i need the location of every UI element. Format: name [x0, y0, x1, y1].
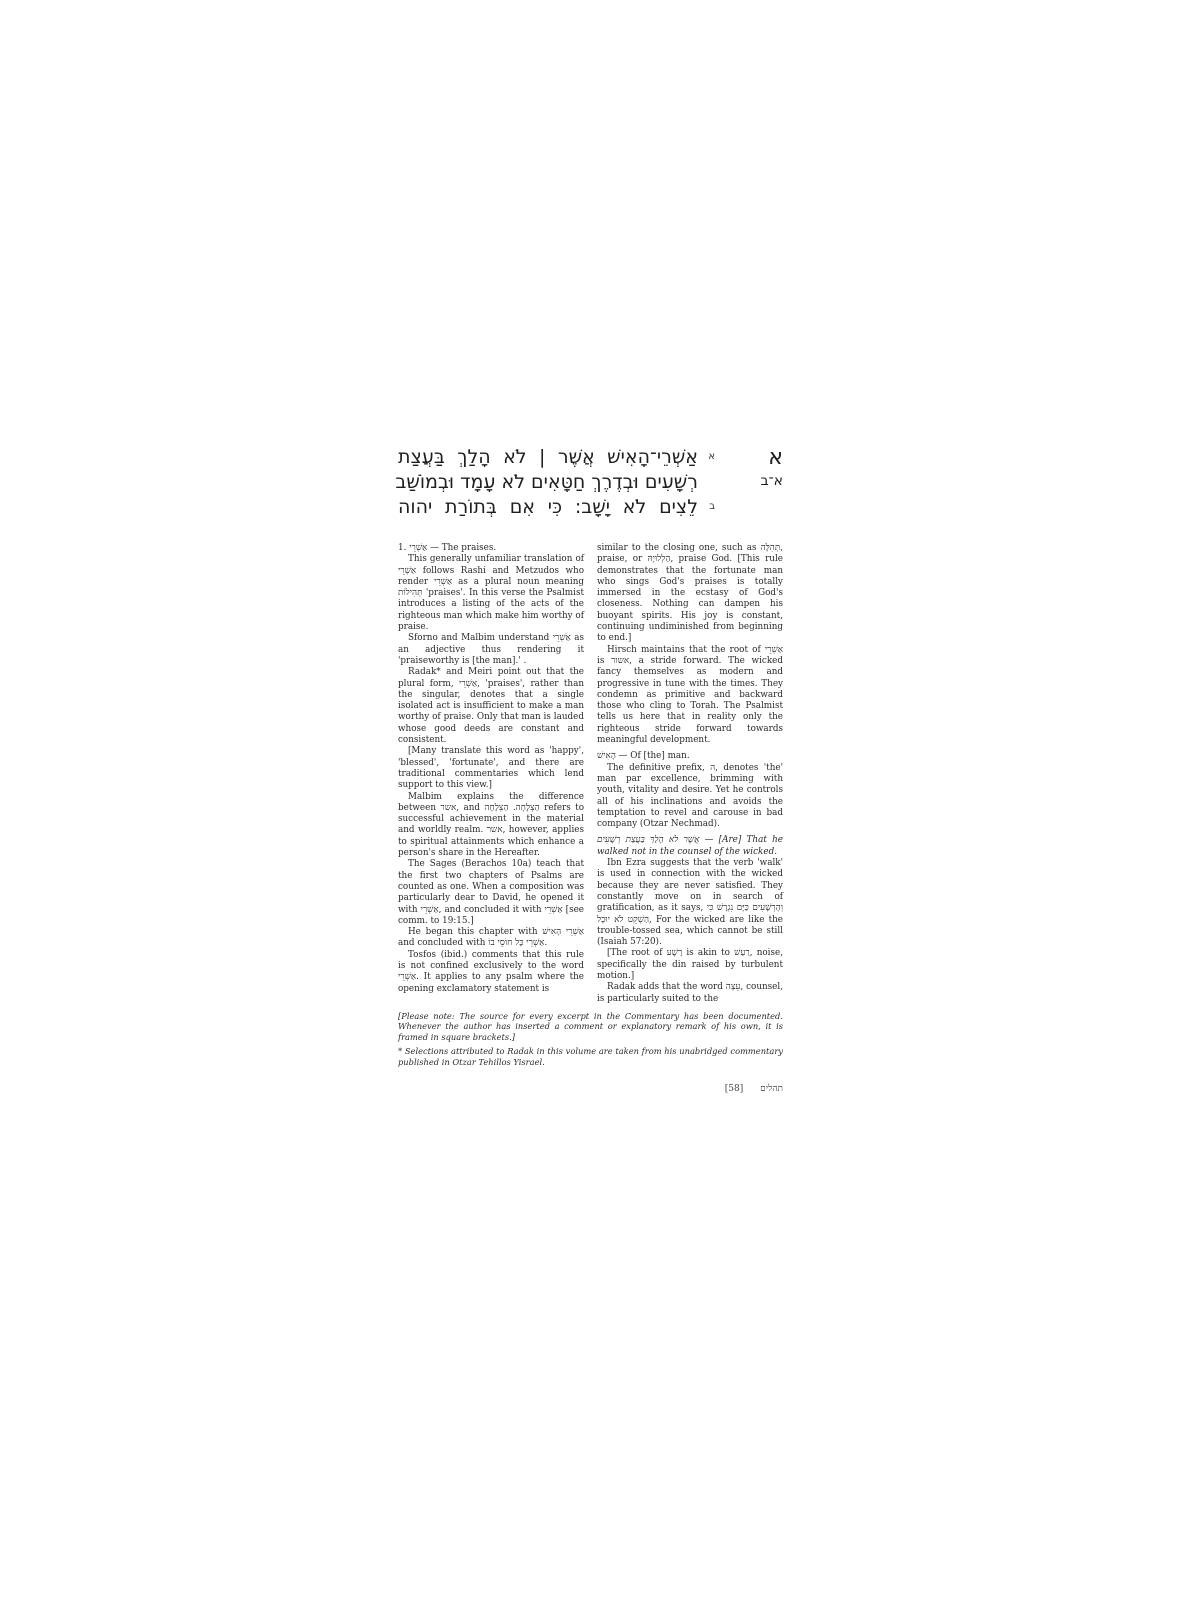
commentary-paragraph: similar to the closing one, such as תְּה…: [597, 543, 783, 645]
commentary-paragraph: Radak adds that the word עֵצָה, counsel,…: [597, 982, 783, 1005]
commentary-heading: הָאִישׁ — Of [the] man.: [597, 751, 783, 762]
commentary-heading: 1. אַשְׁרֵי — The praises.: [398, 543, 584, 554]
right-column: similar to the closing one, such as תְּה…: [597, 543, 783, 1005]
running-title: תהלים: [760, 1084, 783, 1094]
commentary-paragraph: Malbim explains the difference between א…: [398, 792, 584, 860]
page-footer: תהלים [58]: [398, 1083, 783, 1094]
commentary-paragraph: Hirsch maintains that the root of אַשְׁר…: [597, 645, 783, 747]
commentary-paragraph: The Sages (Berachos 10a) teach that the …: [398, 859, 584, 927]
commentary-paragraph: [Many translate this word as 'happy', 'b…: [398, 746, 584, 791]
radak-footnote: * Selections attributed to Radak in this…: [398, 1046, 783, 1067]
hebrew-line-3: לֵצִים לֹא יָשָׁב: כִּי אִם בְּתוֹרַת יה…: [398, 495, 698, 520]
commentary-paragraph: [The root of רָשָׁע is akin to רַעַשׁ, n…: [597, 948, 783, 982]
commentary-paragraph: Tosfos (ibid.) comments that this rule i…: [398, 950, 584, 995]
commentary-columns: 1. אַשְׁרֵי — The praises. This generall…: [398, 543, 783, 1005]
commentary-paragraph: He began this chapter with אַשְׁרֵי הָאִ…: [398, 927, 584, 950]
page-number: [58]: [725, 1084, 743, 1094]
verse-block: א א־ב א ב אַשְׁרֵי־הָאִישׁ אֲשֶׁר | לֹא …: [398, 445, 783, 525]
verse-marker-1: א: [708, 451, 715, 462]
commentary-paragraph: Ibn Ezra suggests that the verb 'walk' i…: [597, 858, 783, 948]
chapter-letter: א: [768, 445, 783, 470]
commentary-paragraph: This generally unfamiliar translation of…: [398, 554, 584, 633]
hebrew-line-1: אַשְׁרֵי־הָאִישׁ אֲשֶׁר | לֹא הָלַךְ בַּ…: [398, 445, 698, 470]
commentary-heading: אֲשֶׁר לֹא הָלַךְ בַּעֲצַת רְשָׁעִים — […: [597, 835, 783, 858]
commentary-paragraph: Radak* and Meiri point out that the plur…: [398, 667, 584, 746]
verse-range: א־ב: [760, 473, 783, 489]
footnotes: [Please note: The source for every excer…: [398, 1011, 783, 1068]
commentary-paragraph: The definitive prefix, ה, denotes 'the' …: [597, 763, 783, 831]
hebrew-line-2: רְשָׁעִים וּבְדֶרֶךְ חַטָּאִים לֹא עָמָד…: [398, 470, 698, 495]
left-column: 1. אַשְׁרֵי — The praises. This generall…: [398, 543, 584, 1005]
verse-marker-2: ב: [709, 501, 715, 512]
document-page: א א־ב א ב אַשְׁרֵי־הָאִישׁ אֲשֶׁר | לֹא …: [398, 445, 783, 1094]
editorial-note: [Please note: The source for every excer…: [398, 1011, 783, 1043]
commentary-paragraph: Sforno and Malbim understand אַשְׁרֵי as…: [398, 633, 584, 667]
hebrew-verse-text: אַשְׁרֵי־הָאִישׁ אֲשֶׁר | לֹא הָלַךְ בַּ…: [398, 445, 698, 520]
